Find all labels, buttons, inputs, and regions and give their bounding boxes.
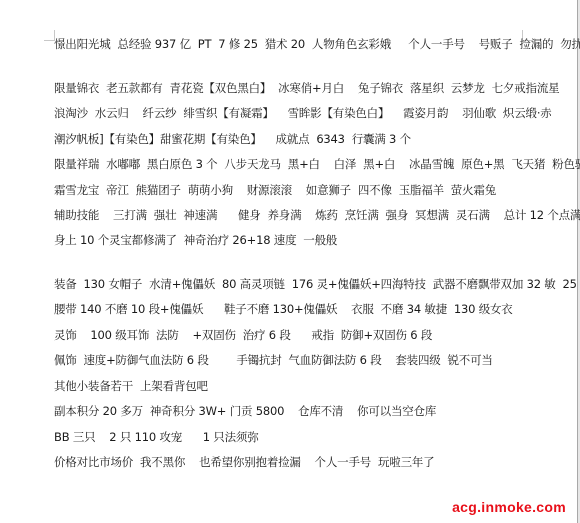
- line-equipment-1: 装备 130 女帽子 水清+傀儡妖 80 高灵项链 176 灵+傀儡妖+四海特技…: [54, 278, 580, 291]
- line-limited-outfits-2: 浪淘沙 水云归 纤云纱 绯雪织【有凝霜】 雪眸影【有染色白】 霞姿月韵 羽仙歌 …: [54, 107, 552, 120]
- line-limited-mounts-1: 限量祥瑞 水嘟嘟 黑白原色 3 个 八步天龙马 黑+白 白泽 黑+白 冰晶雪魄 …: [54, 158, 580, 171]
- line-pets: BB 三只 2 只 110 攻宠 1 只法须弥: [54, 431, 259, 444]
- line-pendants: 佩饰 速度+防御气血法防 6 段 手镯抗封 气血防御法防 6 段 套装四级 锐不…: [54, 354, 493, 367]
- line-limited-outfits-3: 潮汐帆板]【有染色】甜蜜花期【有染色】 成就点 6343 行囊满 3 个: [54, 133, 411, 146]
- watermark: acg.inmoke.com: [452, 499, 566, 515]
- line-limited-outfits-1: 限量锦衣 老五款都有 青花瓷【双色黑白】 冰寒俏+月白 兔子锦衣 落星织 云梦龙…: [54, 82, 559, 95]
- line-points: 副本积分 20 多万 神奇积分 3W+ 门贡 5800 仓库不清 你可以当空仓库: [54, 405, 436, 418]
- line-limited-mounts-2: 霜雪龙宝 帝江 熊猫团子 萌萌小狗 财源滚滚 如意狮子 四不像 玉脂福羊 萤火霜…: [54, 184, 496, 197]
- line-support-skills: 辅助技能 三打满 强壮 神速满 健身 养身满 炼药 烹饪满 强身 冥想满 灵石满…: [54, 209, 580, 222]
- line-spirit-treasures: 身上 10 个灵宝都修满了 神奇治疗 26+18 速度 一般般: [54, 234, 337, 247]
- page-right-border: [577, 0, 578, 523]
- line-other-items: 其他小装备若干 上架看背包吧: [54, 380, 208, 393]
- line-accessories: 灵饰 100 级耳饰 法防 +双固伤 治疗 6 段 戒指 防御+双固伤 6 段: [54, 329, 432, 342]
- line-equipment-2: 腰带 140 不磨 10 段+傀儡妖 鞋子不磨 130+傀儡妖 衣服 不磨 34…: [54, 303, 513, 316]
- line-account-summary: 憬出阳光城 总经验 937 亿 PT 7 修 25 猎术 20 人物角色玄彩娥 …: [54, 38, 580, 51]
- line-price-note: 价格对比市场价 我不黑你 也希望你别抱着捡漏 个人一手号 玩啦三年了: [54, 456, 434, 469]
